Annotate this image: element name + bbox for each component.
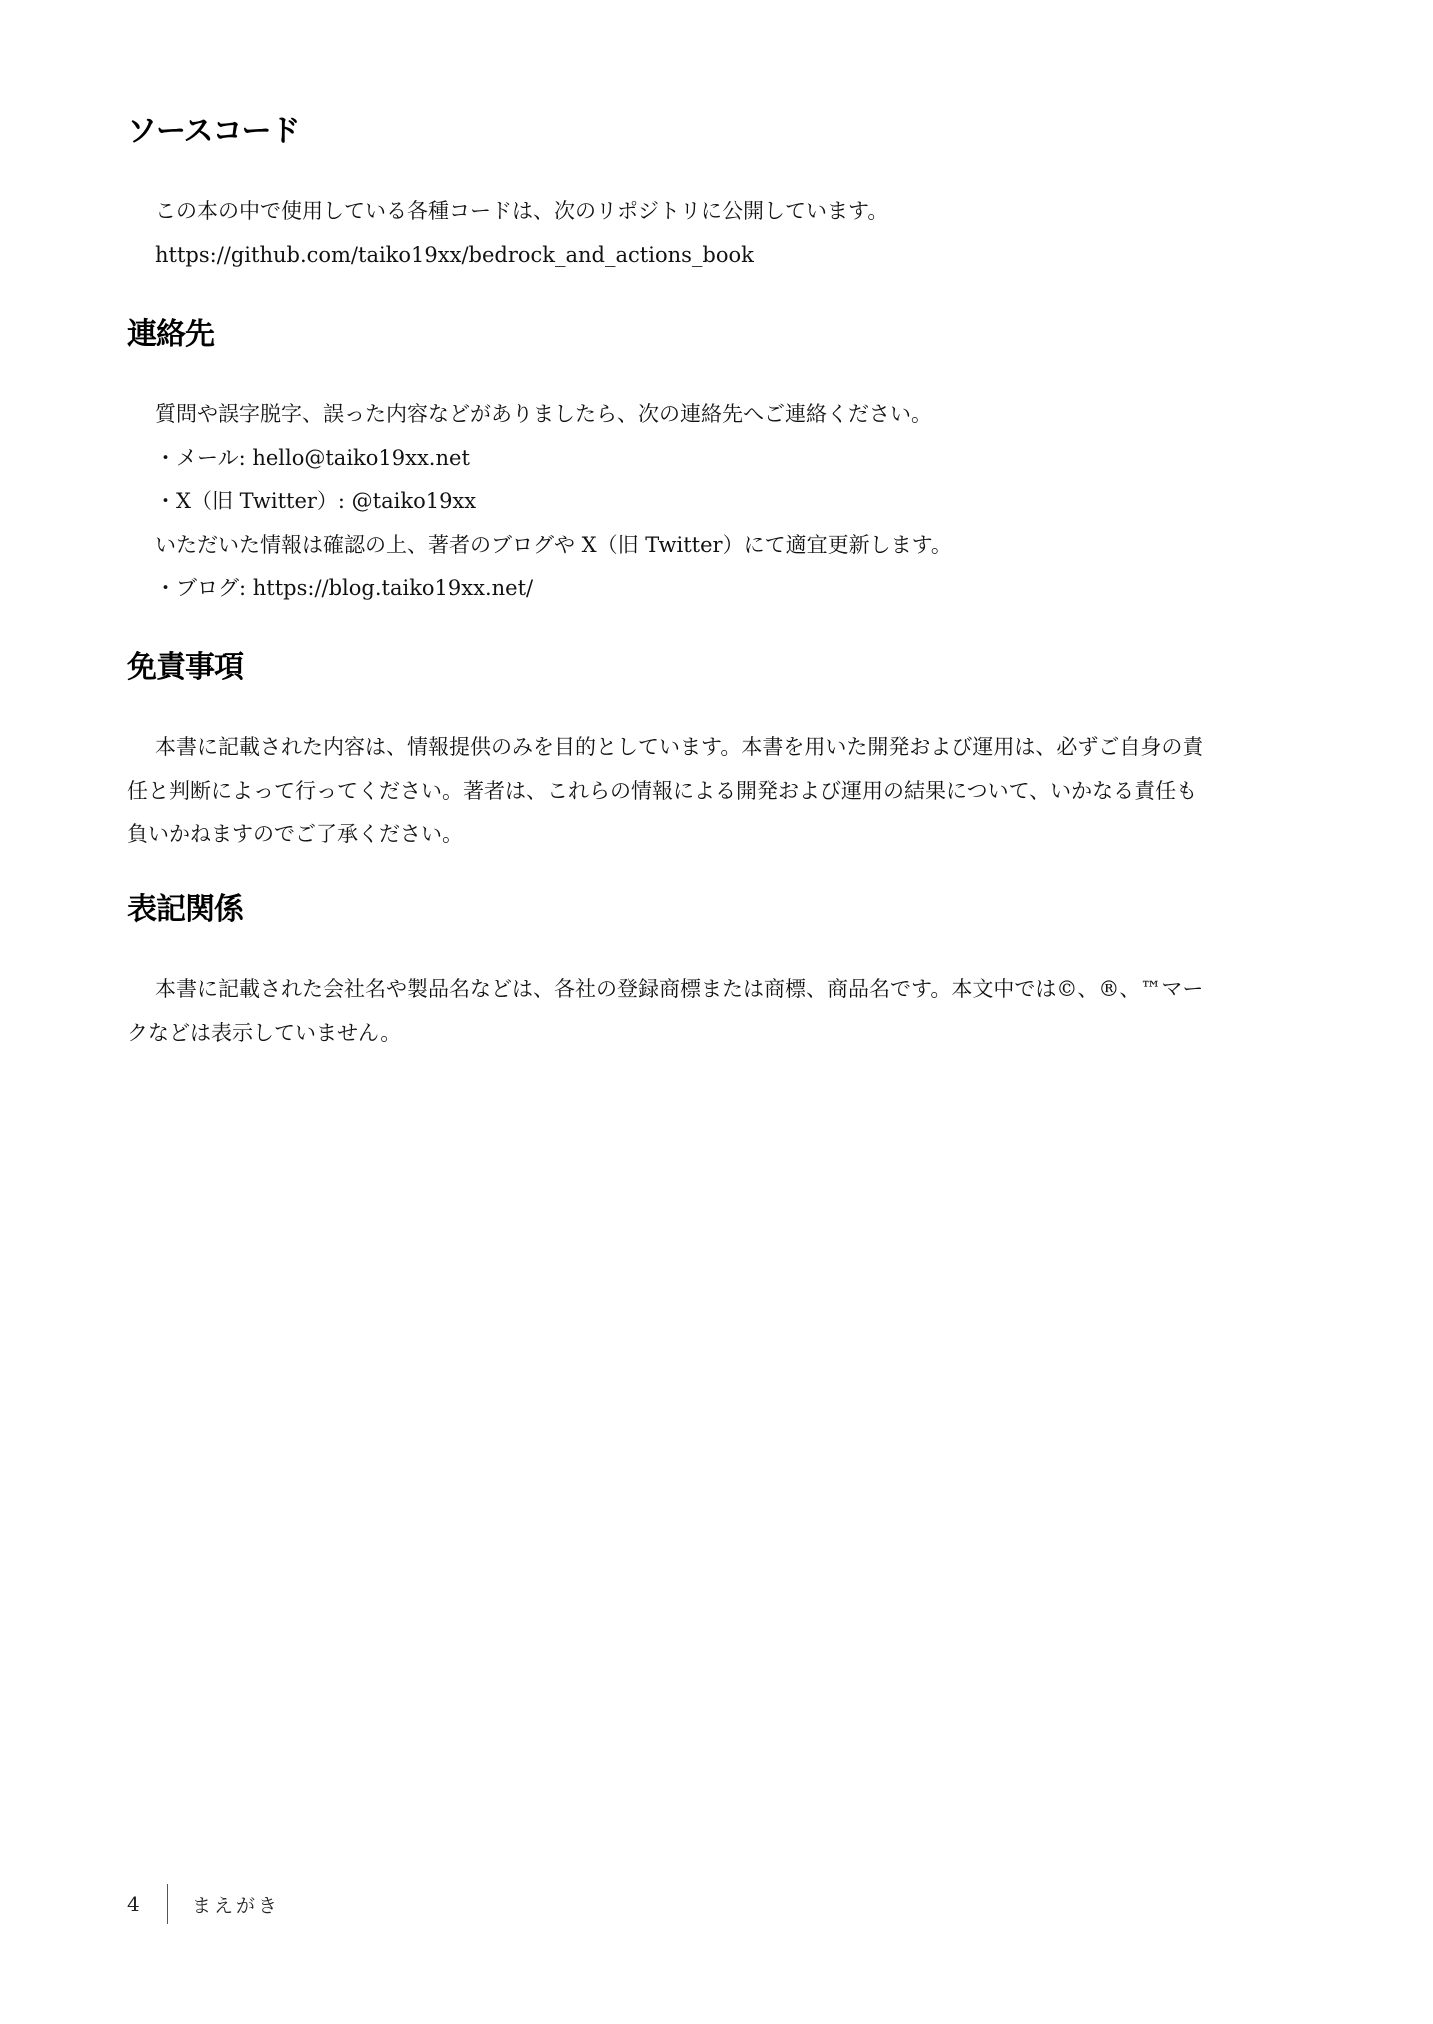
section-notation: 表記関係 本書に記載された会社名や製品名などは、各社の登録商標または商標、商品名… — [127, 890, 1227, 1055]
section-contact: 連絡先 質問や誤字脱字、誤った内容などがありましたら、次の連絡先へご連絡ください… — [127, 315, 1227, 611]
contact-email[interactable]: ・メール: hello@taiko19xx.net — [127, 437, 1227, 481]
section-heading: 免責事項 — [127, 648, 1227, 688]
chapter-title: まえがき — [192, 1891, 280, 1918]
section-body: 本書に記載された会社名や製品名などは、各社の登録商標または商標、商品名です。本文… — [127, 968, 1212, 1055]
paragraph: この本の中で使用している各種コードは、次のリポジトリに公開しています。 — [127, 190, 1227, 234]
contact-x-account[interactable]: ・X（旧 Twitter）: @taiko19xx — [127, 480, 1227, 524]
document-page: ソースコード この本の中で使用している各種コードは、次のリポジトリに公開していま… — [0, 0, 1433, 2024]
section-body: 本書に記載された内容は、情報提供のみを目的としています。本書を用いた開発および運… — [127, 726, 1212, 857]
section-heading: ソースコード — [127, 112, 1227, 152]
section-source-code: ソースコード この本の中で使用している各種コードは、次のリポジトリに公開していま… — [127, 112, 1227, 277]
paragraph: いただいた情報は確認の上、著者のブログや X（旧 Twitter）にて適宜更新し… — [127, 524, 1227, 568]
page-number: 4 — [127, 1892, 167, 1916]
footer-divider — [167, 1884, 168, 1924]
repository-url[interactable]: https://github.com/taiko19xx/bedrock_and… — [155, 243, 754, 267]
paragraph: 本書に記載された内容は、情報提供のみを目的としています。本書を用いた開発および運… — [127, 726, 1212, 857]
paragraph: 質問や誤字脱字、誤った内容などがありましたら、次の連絡先へご連絡ください。 — [127, 393, 1227, 437]
section-disclaimer: 免責事項 本書に記載された内容は、情報提供のみを目的としています。本書を用いた開… — [127, 648, 1227, 857]
contact-blog[interactable]: ・ブログ: https://blog.taiko19xx.net/ — [127, 567, 1227, 611]
section-heading: 表記関係 — [127, 890, 1227, 930]
section-body: この本の中で使用している各種コードは、次のリポジトリに公開しています。 http… — [127, 190, 1227, 277]
repository-link[interactable]: https://github.com/taiko19xx/bedrock_and… — [127, 234, 1227, 278]
paragraph: 本書に記載された会社名や製品名などは、各社の登録商標または商標、商品名です。本文… — [127, 968, 1212, 1055]
page-footer: 4 まえがき — [127, 1882, 280, 1926]
section-body: 質問や誤字脱字、誤った内容などがありましたら、次の連絡先へご連絡ください。 ・メ… — [127, 393, 1227, 611]
section-heading: 連絡先 — [127, 315, 1227, 355]
